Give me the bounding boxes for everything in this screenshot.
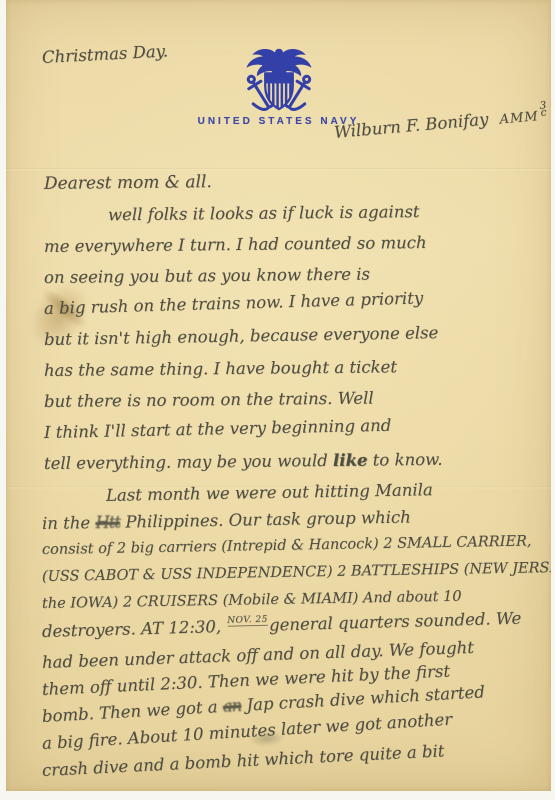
- line-text: in the: [42, 513, 90, 533]
- crossed-out-word: Htt: [95, 513, 120, 532]
- salutation: Dearest mom & all.: [44, 172, 212, 194]
- line-text: Philippines. Our task group which: [125, 508, 411, 532]
- paragraph-1: well folks it looks as if luck is agains…: [44, 200, 543, 479]
- signature-rate-denominator: c: [540, 109, 547, 117]
- navy-crest-icon: [241, 42, 317, 122]
- date-note: Christmas Day.: [42, 41, 169, 67]
- inserted-date-note: NOV. 25: [227, 615, 268, 627]
- line-text: general quarters sounded. We: [269, 609, 522, 635]
- line-text: tell everything. may be you would: [44, 451, 328, 473]
- scanned-letter-page: Christmas Day.: [0, 0, 555, 800]
- signature-rate-fraction: 3c: [539, 102, 547, 117]
- handwritten-line: tell everything. may be you wouldliketo …: [44, 443, 543, 479]
- signature-line: Wilburn F. BonifayAMM3c: [333, 102, 548, 142]
- crossed-out-word: an: [222, 696, 242, 716]
- letter-paper: Christmas Day.: [6, 0, 551, 791]
- line-text: to know.: [373, 450, 443, 470]
- signature-name: Wilburn F. Bonifay: [333, 110, 489, 142]
- paper-fold-line: [6, 168, 551, 171]
- paragraph-2: Last month we were out hitting Manila in…: [42, 483, 543, 784]
- line-text: destroyers. AT 12:30,: [42, 617, 222, 641]
- overwritten-word: like: [333, 451, 368, 470]
